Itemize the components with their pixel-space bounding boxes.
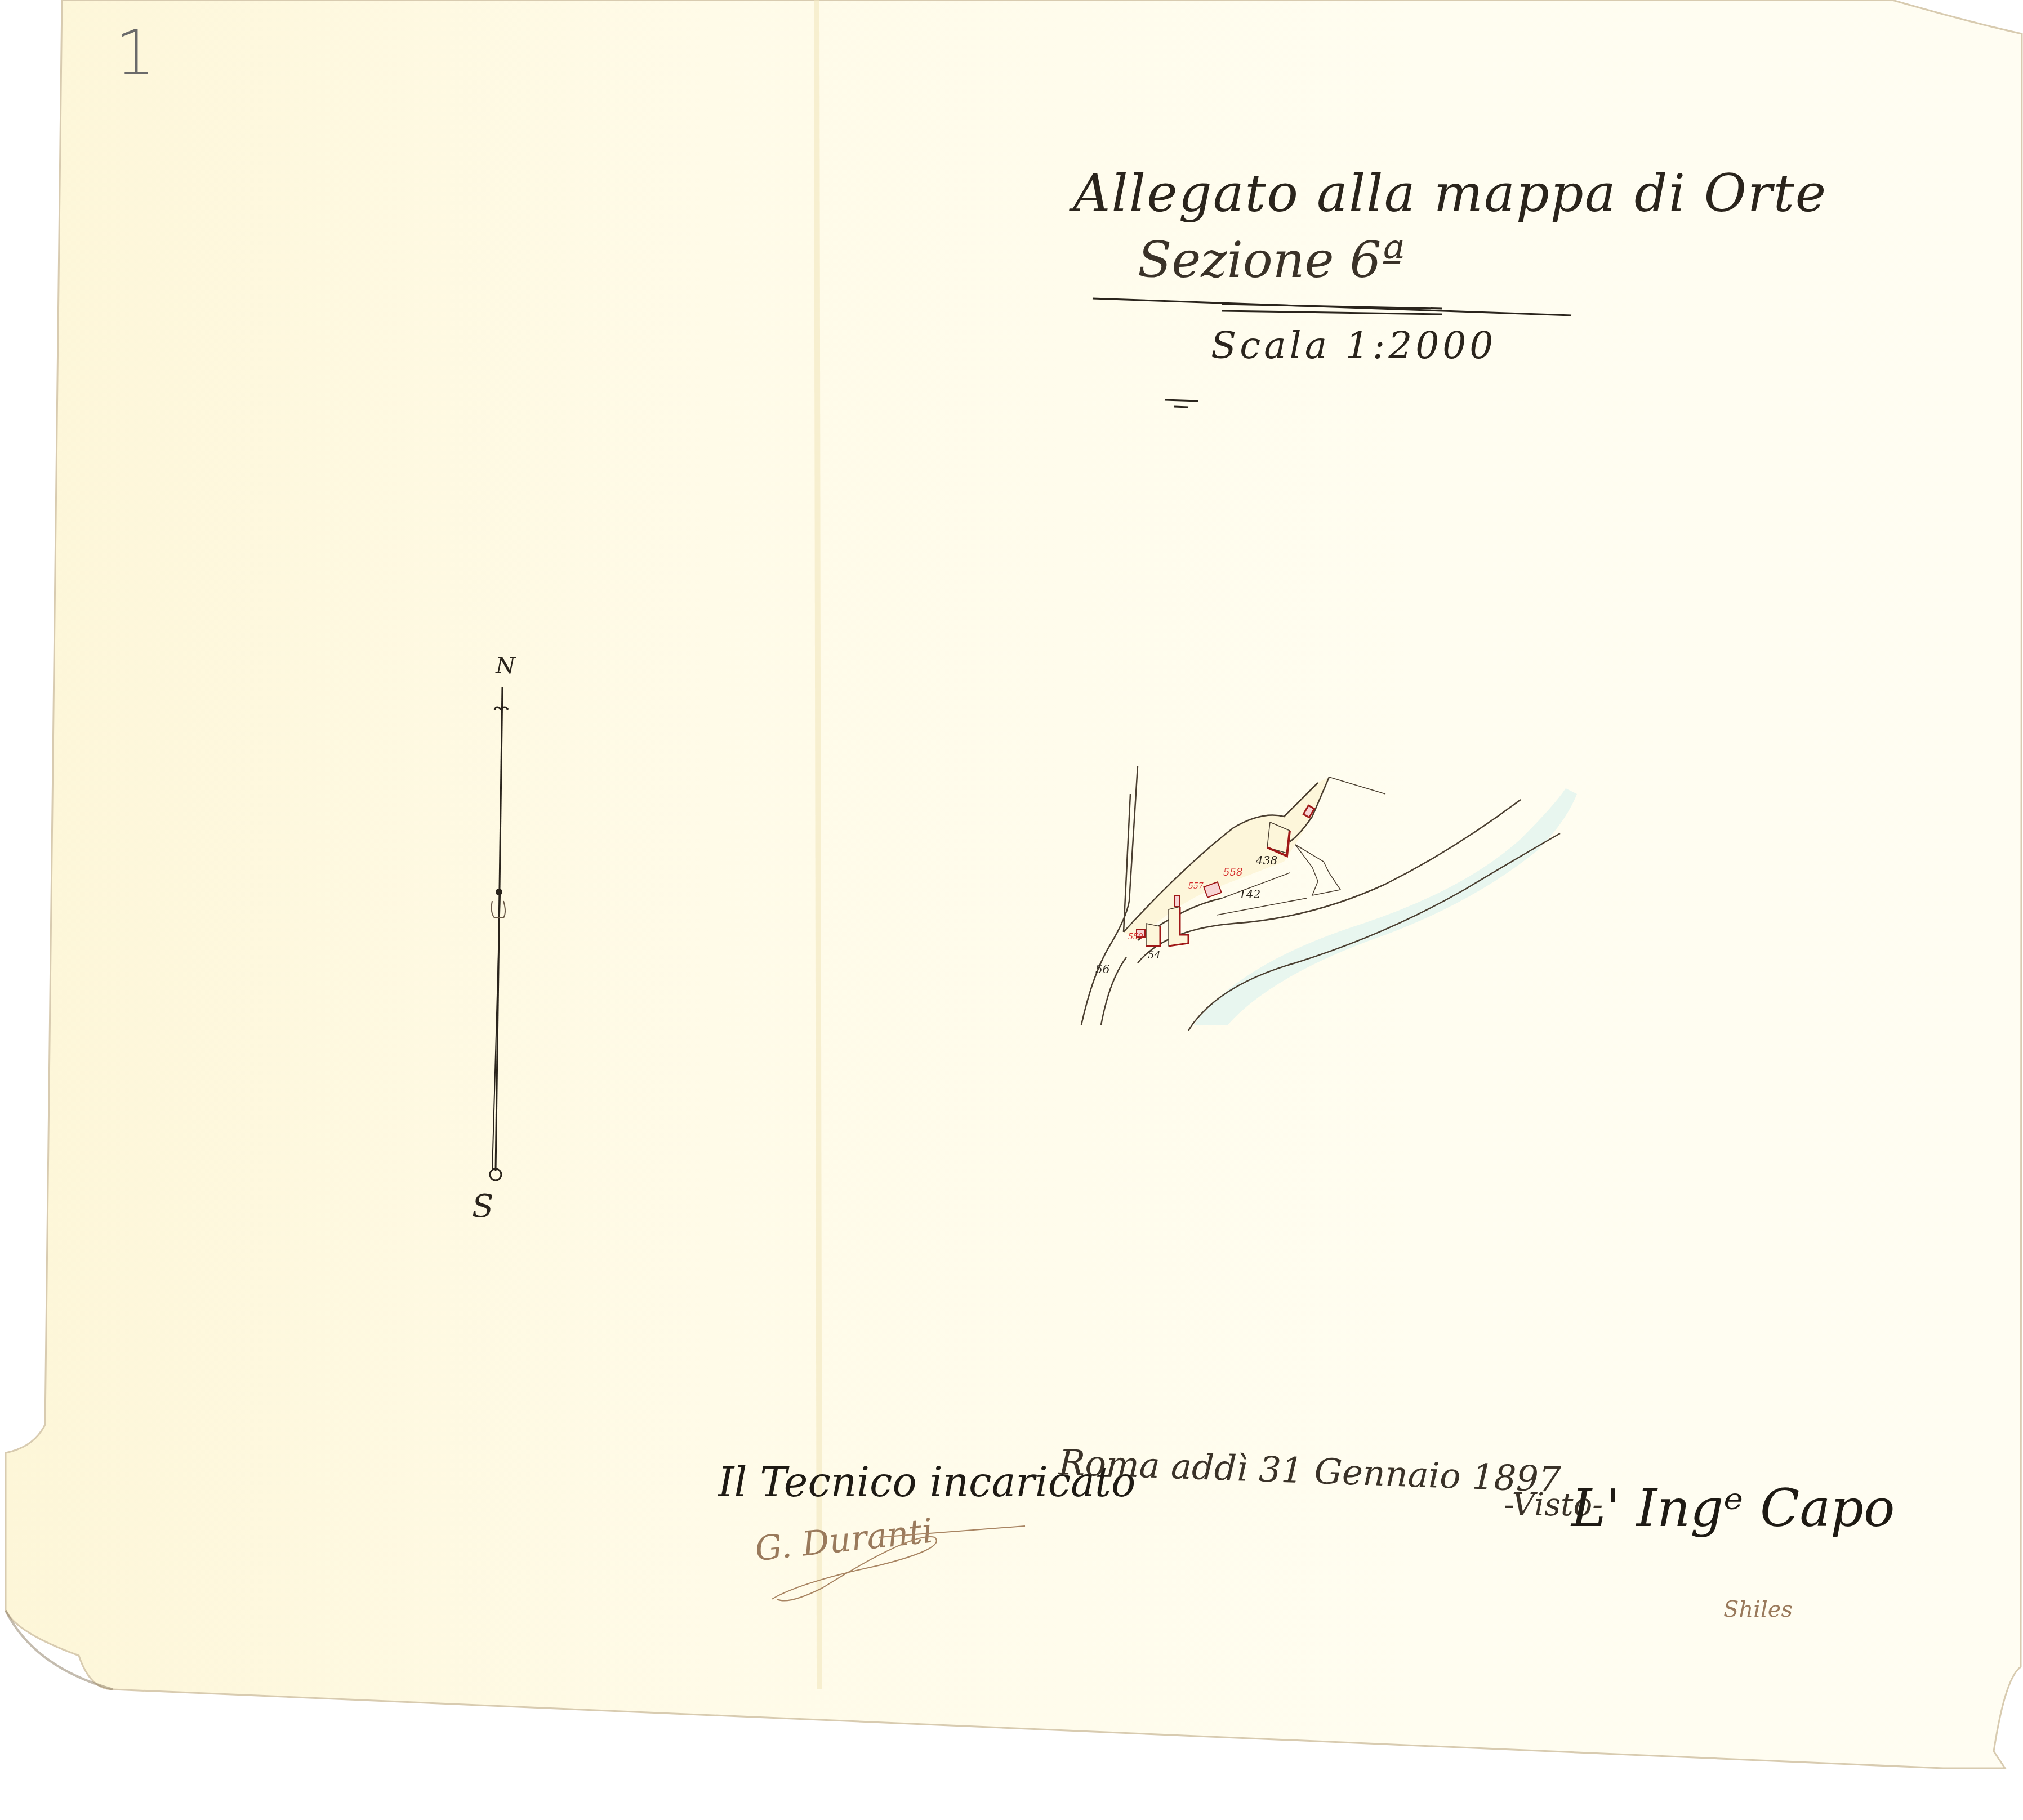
parcel-54: 54 (1148, 949, 1161, 961)
parcel-438: 438 (1255, 854, 1277, 867)
parcel-56: 56 (1095, 962, 1110, 976)
chief-engineer-label: L' Ingᵉ Capo (1571, 1478, 1895, 1538)
document-sheet: 1 Allegato alla mappa di Orte Sezione 6ª… (0, 0, 2023, 1820)
parcel-557: 557 (1188, 882, 1204, 891)
parcel-142: 142 (1239, 887, 1260, 901)
parcel-559: 559 (1128, 933, 1143, 942)
parcel-558: 558 (1223, 867, 1242, 878)
signature-flourish (766, 1515, 1036, 1605)
cadastral-map: 56 54 142 438 557 558 559 (1070, 760, 1577, 1042)
south-label: S (472, 1188, 493, 1225)
chief-signature: Shiles (1723, 1596, 1793, 1622)
scale-label: Scala 1:2000 (1211, 324, 1496, 367)
north-arrow-icon (467, 676, 535, 1194)
